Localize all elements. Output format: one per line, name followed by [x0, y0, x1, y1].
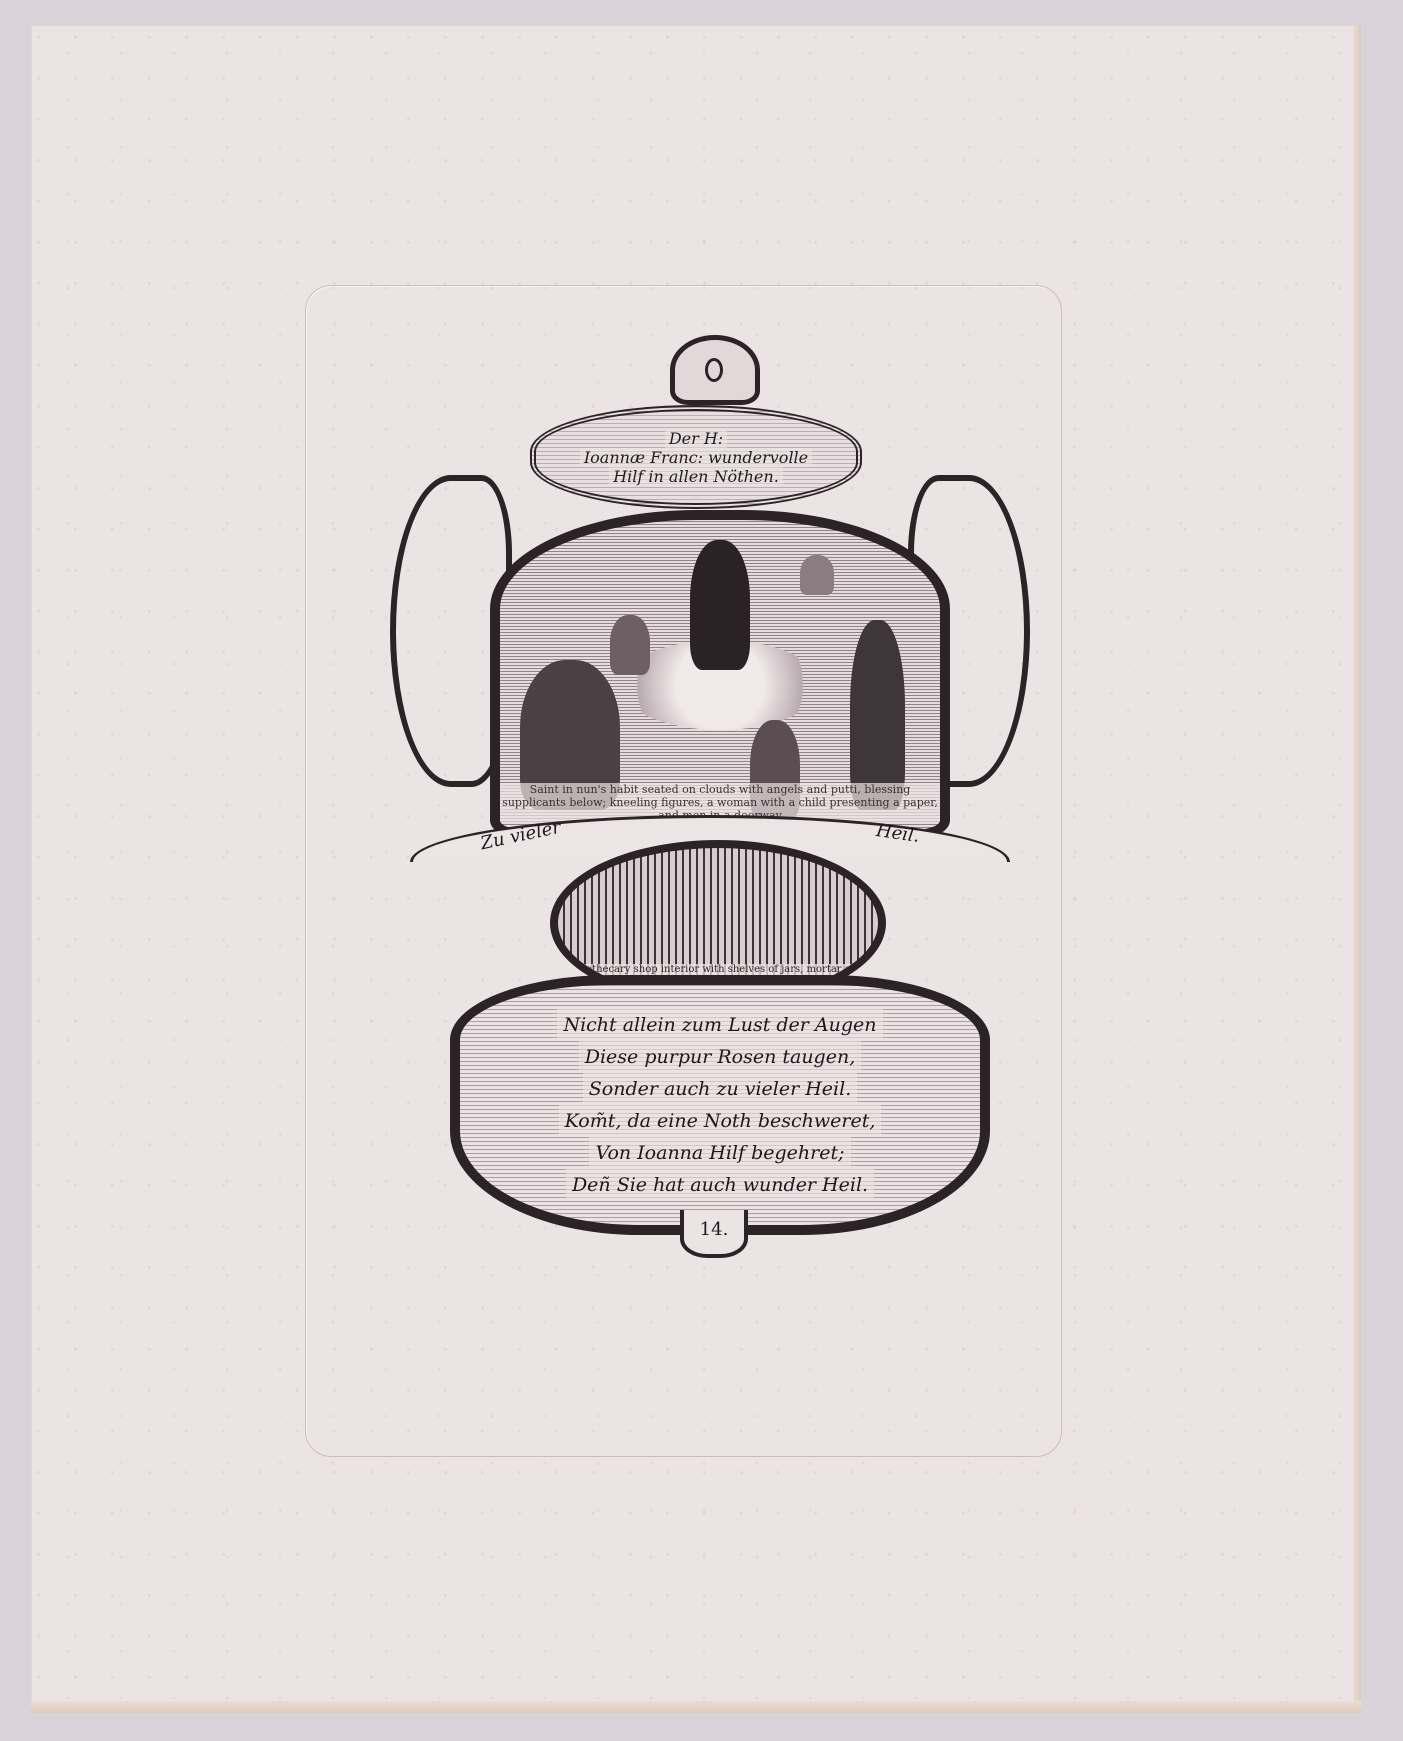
rococo-crest-ornament [670, 335, 760, 405]
angel-figure [610, 615, 650, 675]
plate-number: 14. [680, 1210, 748, 1258]
verse-line-5: Von Ioanna Hilf begehret; [589, 1137, 850, 1169]
verse-line-1: Nicht allein zum Lust der Augen [557, 1009, 882, 1041]
saint-figure [690, 540, 750, 670]
title-line-1: Der H: [665, 429, 727, 448]
deckled-right-edge [1353, 25, 1361, 1713]
title-cartouche: Der H: Ioannæ Franc: wundervolle Hilf in… [530, 405, 862, 509]
verse-line-6: Deñ Sie hat auch wunder Heil. [566, 1169, 874, 1201]
verse-cartouche: Nicht allein zum Lust der Augen Diese pu… [450, 975, 990, 1235]
verse-line-3: Sonder auch zu vieler Heil. [583, 1073, 858, 1105]
main-scene: Saint in nun's habit seated on clouds wi… [490, 510, 950, 840]
title-line-3: Hilf in allen Nöthen. [609, 467, 783, 486]
deckled-bottom-edge [31, 1701, 1361, 1713]
verse-line-4: Kom̃t, da eine Noth beschweret, [559, 1105, 882, 1137]
title-line-2: Ioannæ Franc: wundervolle [580, 448, 812, 467]
engraving: Der H: Ioannæ Franc: wundervolle Hilf in… [390, 335, 1030, 1375]
verse-line-2: Diese purpur Rosen taugen, [579, 1041, 862, 1073]
putto-figure [800, 555, 834, 595]
standing-men-doorway [850, 620, 905, 810]
